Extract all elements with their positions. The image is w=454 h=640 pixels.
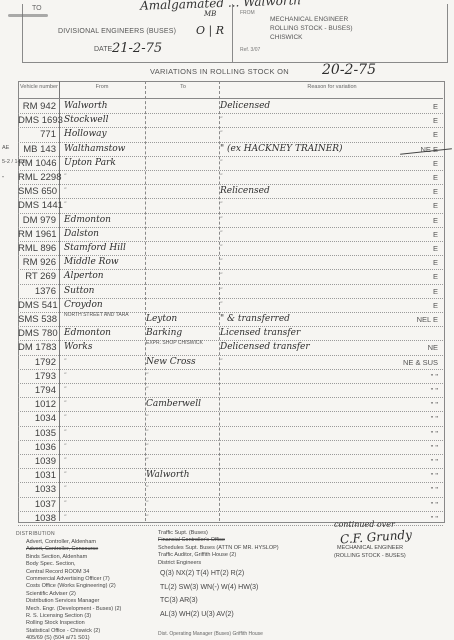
page-title: VARIATIONS IN ROLLING STOCK ON [150, 67, 289, 76]
to-cell [146, 170, 218, 185]
status-code-cell: " " [390, 383, 440, 398]
table-row: DMS 1693Stockwell"E [18, 113, 443, 128]
from-cell: Edmonton [64, 326, 144, 341]
header-divider [232, 4, 233, 62]
status-code-cell: " " [390, 497, 440, 512]
vehicle-number-cell: 1793 [18, 369, 58, 384]
table-row: RT 269Alperton"E [18, 269, 443, 284]
to-cell: New Cross [146, 355, 218, 370]
from-cell: Middle Row [64, 255, 144, 270]
table-row: 1033""" " [18, 482, 443, 497]
from-cell: " [64, 454, 144, 469]
to-cell [146, 255, 218, 270]
vehicle-number-cell: 1038 [18, 511, 58, 526]
vehicle-number-cell: DMS 780 [18, 326, 58, 341]
to-cell: " [146, 369, 218, 384]
margin-note: 5-2 / 14-2 [2, 159, 26, 165]
table-row: RM 1961Dalston"E [18, 227, 443, 242]
to-cell: " [146, 411, 218, 426]
table-row: DMS 1441""E [18, 198, 443, 213]
from-cell: Holloway [64, 127, 144, 142]
from-cell: Works [64, 340, 144, 355]
initials: MB [204, 10, 216, 18]
date-label: DATE [94, 46, 112, 53]
status-code-cell: NE E [390, 142, 440, 157]
status-code-cell: E [390, 99, 440, 114]
table-row: RM 926Middle Row"E [18, 255, 443, 270]
table-row: DM 1783WorksEXPR. SHOP CHISWICKDelicense… [18, 340, 443, 355]
status-code-cell: E [390, 298, 440, 313]
to-cell [146, 269, 218, 284]
vehicle-number-cell: 1033 [18, 482, 58, 497]
vehicle-number-cell: 1794 [18, 383, 58, 398]
table-row: DM 979Edmonton"E [18, 213, 443, 228]
to-cell [146, 227, 218, 242]
status-code-cell: " " [390, 440, 440, 455]
vehicle-number-cell: 771 [18, 127, 58, 142]
continued-note: continued over [334, 520, 395, 529]
traffic-distribution: Traffic Supt. (Buses)Financial Controlle… [158, 530, 279, 567]
distribution-item: R. S. Licensing Section (3) [26, 613, 121, 620]
table-row: 1036""" " [18, 440, 443, 455]
vehicle-number-cell: RM 1961 [18, 227, 58, 242]
from-cell: Alperton [64, 269, 144, 284]
vehicle-number-cell: 1036 [18, 440, 58, 455]
from-cell: " [64, 511, 144, 526]
table-row: 1035""" " [18, 426, 443, 441]
to-cell: " [146, 482, 218, 497]
table-row: 1037""" " [18, 497, 443, 512]
status-code-cell: " " [390, 454, 440, 469]
table-row: SMS 650"RelicensedE [18, 184, 443, 199]
vehicle-number-cell: 1034 [18, 411, 58, 426]
from-line-2: ROLLING STOCK - BUSES) [270, 25, 353, 32]
table-row: 1793""" " [18, 369, 443, 384]
binding-mark [8, 14, 48, 17]
to-cell [146, 284, 218, 299]
from-cell: " [64, 440, 144, 455]
from-cell: Dalston [64, 227, 144, 242]
table-row: MB 143Walthamstow" (ex HACKNEY TRAINER)N… [18, 142, 443, 157]
to-cell: " [146, 454, 218, 469]
vehicle-number-cell: DMS 541 [18, 298, 58, 313]
status-code-cell: " " [390, 411, 440, 426]
from-cell: Upton Park [64, 156, 144, 171]
from-cell: " [64, 198, 144, 213]
status-code-cell: NEL E [390, 312, 440, 327]
to-cell [146, 113, 218, 128]
distribution-item: Commercial Advertising Officer (7) [26, 576, 121, 583]
reference: Ref. 3/07 [240, 47, 260, 53]
status-code-cell: NE & SUS [390, 355, 440, 370]
to-cell [146, 99, 218, 114]
vehicle-number-cell: RM 942 [18, 99, 58, 114]
table-row: 1794""" " [18, 383, 443, 398]
distribution-item: Rolling Stock Inspection [26, 620, 121, 627]
status-code-cell: " " [390, 369, 440, 384]
distribution-item: Distribution Services Manager [26, 598, 121, 605]
table-row: SMS 538NORTH STREET AND TARALeyton" & tr… [18, 312, 443, 327]
to-cell [146, 298, 218, 313]
table-row: 1039""" " [18, 454, 443, 469]
to-cell [146, 184, 218, 199]
from-cell: Croydon [64, 298, 144, 313]
district-code-line: Q(3) NX(2) T(4) HT(2) R(2) [160, 567, 258, 581]
distribution-item: Statistical Office - Chiswick (2) [26, 628, 121, 635]
status-code-cell: E [390, 170, 440, 185]
vehicle-number-cell: 1376 [18, 284, 58, 299]
status-code-cell: " " [390, 482, 440, 497]
from-cell: Walthamstow [64, 142, 144, 157]
distribution-item: Advert, Controller, Concourse [26, 546, 121, 553]
to-cell [146, 213, 218, 228]
from-cell: " [64, 411, 144, 426]
status-code-cell: E [390, 156, 440, 171]
traffic-item: District Engineers [158, 560, 279, 567]
signature: C.F. Grundy [340, 528, 413, 547]
margin-note: AE [2, 145, 9, 151]
to-cell: Camberwell [146, 397, 218, 412]
table-row: RM 1046Upton Park"E [18, 156, 443, 171]
vehicle-number-cell: RML 2298 [18, 170, 58, 185]
distribution-item: Costs Office (Works Engineering) (2) [26, 583, 121, 590]
to-cell [146, 198, 218, 213]
status-code-cell: " " [390, 511, 440, 526]
district-codes: Q(3) NX(2) T(4) HT(2) R(2)TL(2) SW(3) WN… [160, 567, 258, 621]
column-header-vehicle: Vehicle number [20, 84, 58, 90]
status-code-cell [390, 326, 440, 341]
distribution-title: DISTRIBUTION [16, 531, 55, 537]
document-page: TO Amalgamated ... Walworth MB DIVISIONA… [0, 0, 454, 640]
vehicle-number-cell: SMS 538 [18, 312, 58, 327]
to-cell: " [146, 383, 218, 398]
district-code-line: TC(3) AR(3) [160, 594, 258, 608]
table-row: 1031"Walworth" " [18, 468, 443, 483]
traffic-item: Traffic Auditor, Griffith House (2) [158, 552, 279, 559]
table-row: DMS 541Croydon"E [18, 298, 443, 313]
from-cell: " [64, 184, 144, 199]
to-cell: Walworth [146, 468, 218, 483]
vehicle-number-cell: 1035 [18, 426, 58, 441]
title-date: 20-2-75 [322, 62, 376, 78]
distribution-item: 405/69 (S) (504 a/71 S01) [26, 635, 121, 640]
from-cell: Stockwell [64, 113, 144, 128]
status-code-cell: E [390, 241, 440, 256]
to-cell: Barking [146, 326, 218, 341]
status-code-cell: E [390, 255, 440, 270]
status-code-cell: E [390, 127, 440, 142]
from-cell: " [64, 170, 144, 185]
from-cell: Edmonton [64, 213, 144, 228]
vehicle-number-cell: 1037 [18, 497, 58, 512]
date-value: 21-2-75 [112, 41, 162, 56]
status-code-cell: " " [390, 426, 440, 441]
table-row: 1034""" " [18, 411, 443, 426]
to-cell: EXPR. SHOP CHISWICK [146, 340, 218, 355]
to-cell [146, 241, 218, 256]
vehicle-number-cell: DMS 1441 [18, 198, 58, 213]
table-row: 1376Sutton"E [18, 284, 443, 299]
status-code-cell: E [390, 213, 440, 228]
traffic-item: Financial Controller's Office [158, 537, 279, 544]
to-cell: " [146, 426, 218, 441]
vehicle-number-cell: DMS 1693 [18, 113, 58, 128]
from-cell: " [64, 426, 144, 441]
destination-mark: O | R [196, 24, 224, 37]
from-cell: Walworth [64, 99, 144, 114]
signature-title: MECHANICAL ENGINEER [337, 545, 403, 551]
traffic-item: Traffic Supt. (Buses) [158, 530, 279, 537]
from-cell: Stamford Hill [64, 241, 144, 256]
from-label: FROM [240, 10, 255, 16]
status-code-cell: E [390, 269, 440, 284]
from-cell: " [64, 383, 144, 398]
table-row: RM 942WalworthDelicensedE [18, 99, 443, 114]
to-cell [146, 142, 218, 157]
vehicle-number-cell: SMS 650 [18, 184, 58, 199]
vehicle-number-cell: DM 979 [18, 213, 58, 228]
vehicle-number-cell: RML 896 [18, 241, 58, 256]
traffic-item: Schedules Supt. Buses (ATTN OF MR. HYSLO… [158, 545, 279, 552]
vehicle-number-cell: 1031 [18, 468, 58, 483]
table-row: 771Holloway"E [18, 127, 443, 142]
from-line-3: CHISWICK [270, 34, 303, 41]
table-row: RML 2298""E [18, 170, 443, 185]
vehicle-number-cell: 1012 [18, 397, 58, 412]
status-code-cell: E [390, 113, 440, 128]
column-header-from: From [62, 84, 142, 90]
to-cell [146, 127, 218, 142]
to-cell: Leyton [146, 312, 218, 327]
vehicle-number-cell: MB 143 [18, 142, 58, 157]
from-cell: " [64, 468, 144, 483]
vehicle-number-cell: RT 269 [18, 269, 58, 284]
vehicle-number-cell: 1792 [18, 355, 58, 370]
from-line-1: MECHANICAL ENGINEER [270, 16, 348, 23]
to-cell: " [146, 497, 218, 512]
vehicle-number-cell: DM 1783 [18, 340, 58, 355]
table-row: RML 896Stamford Hill"E [18, 241, 443, 256]
table-row: 1012"Camberwell" " [18, 397, 443, 412]
to-cell [146, 156, 218, 171]
to-cell: " [146, 440, 218, 455]
distribution-item: Scientific Adviser (2) [26, 591, 121, 598]
status-code-cell: E [390, 184, 440, 199]
from-cell: " [64, 397, 144, 412]
status-code-cell: E [390, 227, 440, 242]
district-code-line: TL(2) SW(3) WN(-) W(4) HW(3) [160, 581, 258, 595]
status-code-cell: " " [390, 397, 440, 412]
distribution-item: Central Record ROOM 34 [26, 569, 121, 576]
signature-department: (ROLLING STOCK - BUSES) [334, 553, 406, 559]
to-label: TO [32, 5, 42, 12]
distribution-item: Binds Section, Aldenham [26, 554, 121, 561]
vehicle-number-cell: RM 926 [18, 255, 58, 270]
from-cell: NORTH STREET AND TARA [64, 312, 144, 327]
from-cell: " [64, 497, 144, 512]
from-cell: " [64, 355, 144, 370]
distribution-item: Mech. Engr. (Development - Buses) (2) [26, 606, 121, 613]
column-header-reason: Reason for variation [222, 84, 442, 90]
status-code-cell: NE [390, 340, 440, 355]
destination: DIVISIONAL ENGINEERS (BUSES) [58, 28, 176, 35]
column-header-to: To [148, 84, 218, 90]
status-code-cell: E [390, 284, 440, 299]
from-cell: Sutton [64, 284, 144, 299]
distribution-item: Advert, Controller, Aldenham [26, 539, 121, 546]
margin-note: " [2, 176, 4, 182]
status-code-cell: " " [390, 468, 440, 483]
distribution-item: Body Spec. Section, [26, 561, 121, 568]
district-code-line: AL(3) WH(2) U(3) AV(2) [160, 608, 258, 622]
status-code-cell: E [390, 198, 440, 213]
from-cell: " [64, 369, 144, 384]
vehicle-number-cell: 1039 [18, 454, 58, 469]
from-cell: " [64, 482, 144, 497]
table-row: 1792"New Cross"NE & SUS [18, 355, 443, 370]
distribution-list: Advert, Controller, AldenhamAdvert, Cont… [26, 539, 121, 640]
to-cell: " [146, 511, 218, 526]
footer-note: Dist. Operating Manager (Buses) Griffith… [158, 631, 263, 637]
table-row: DMS 780EdmontonBarkingLicensed transfer [18, 326, 443, 341]
